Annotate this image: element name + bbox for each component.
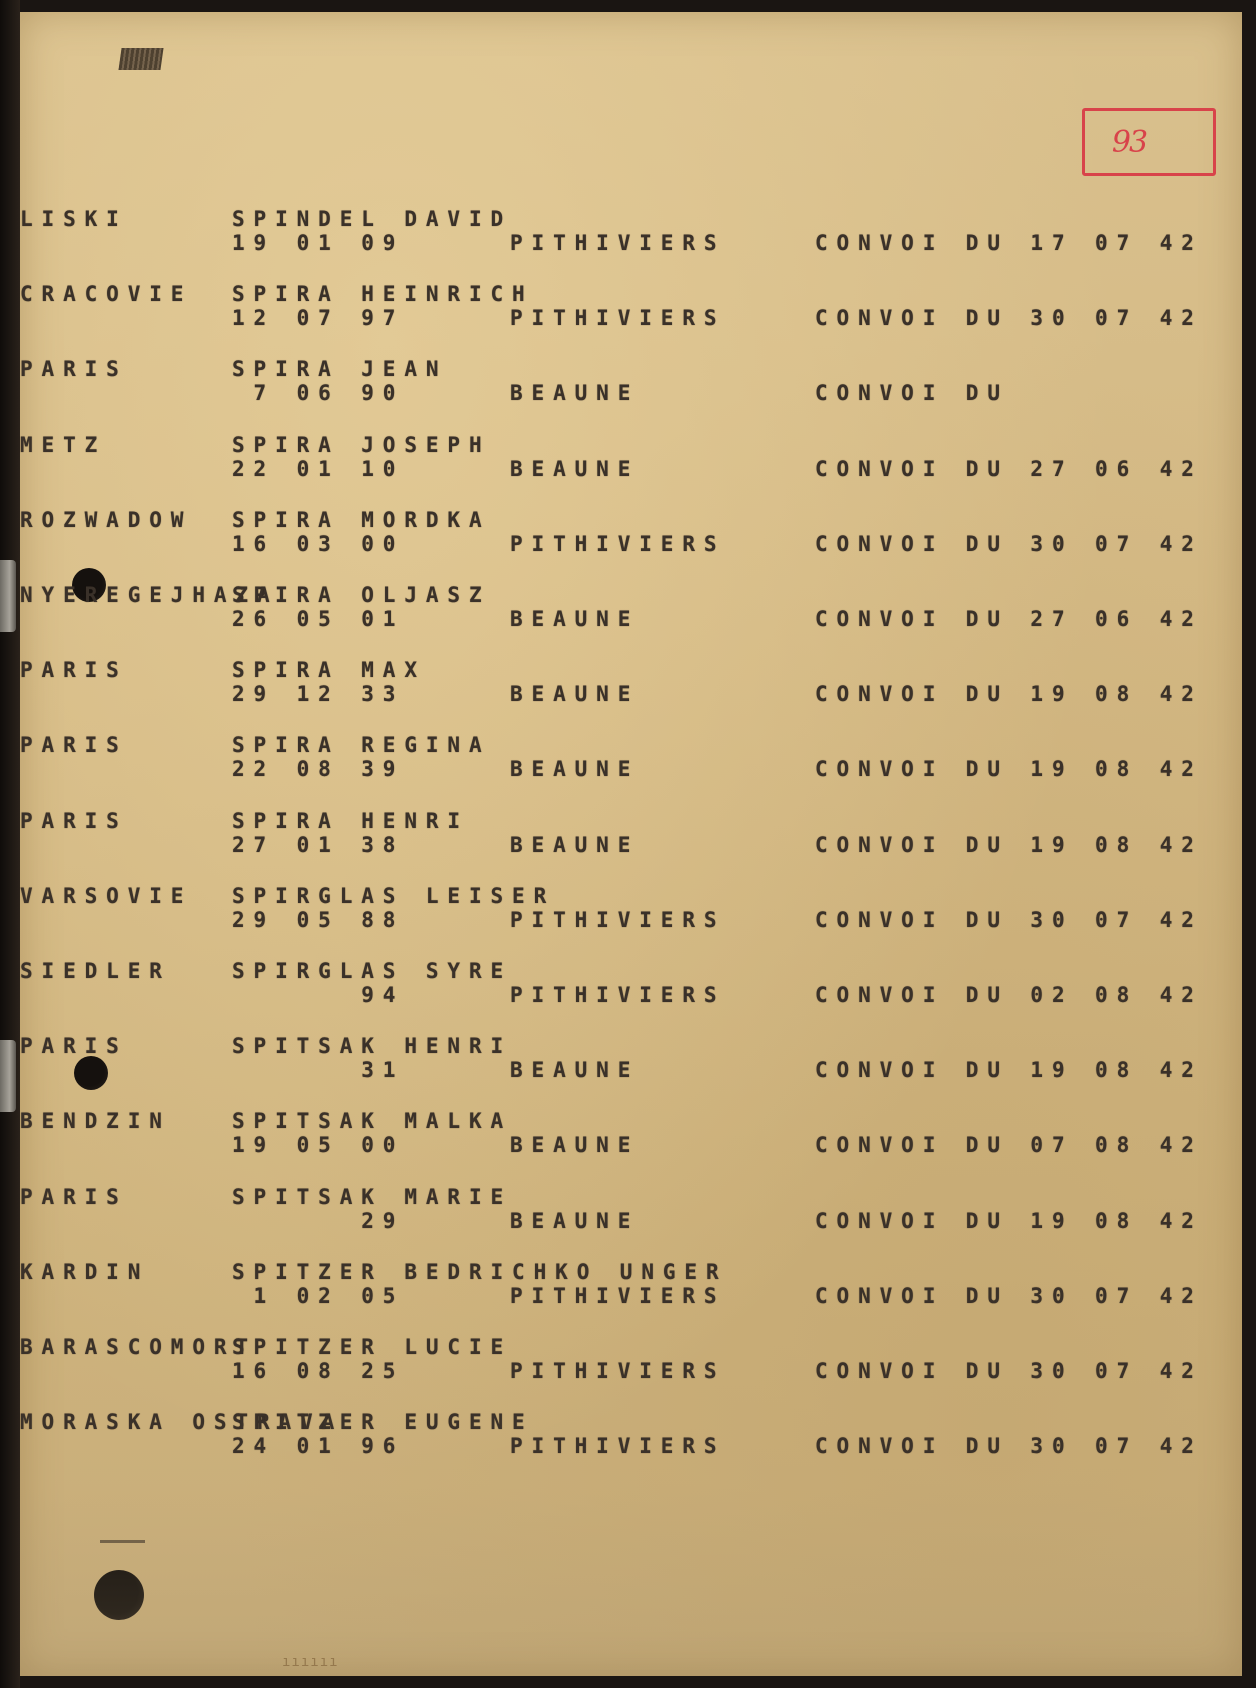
camp-name: BEAUNE [510, 757, 639, 781]
birth-date: 24 01 96 [232, 1434, 404, 1458]
binder-clip-top [0, 560, 16, 632]
convoy-info: CONVOI DU 30 07 42 [815, 1434, 1203, 1458]
birthplace: PARIS [20, 1034, 128, 1058]
birth-date: 29 [232, 1209, 404, 1233]
convoy-info: CONVOI DU 27 06 42 [815, 607, 1203, 631]
camp-name: BEAUNE [510, 1209, 639, 1233]
list-entry: SPIRA JOSEPH22 01 10BEAUNEMETZCONVOI DU … [20, 433, 1242, 503]
pencil-mark [100, 1540, 145, 1543]
camp-name: BEAUNE [510, 682, 639, 706]
birth-date: 29 05 88 [232, 908, 404, 932]
birthplace: NYEREGEJHAZA [20, 583, 279, 607]
camp-name: PITHIVIERS [510, 983, 725, 1007]
list-entry: SPIRA MORDKA16 03 00PITHIVIERSROZWADOWCO… [20, 508, 1242, 578]
punch-hole-3 [94, 1570, 144, 1620]
page-number-stamp: 93 [1082, 108, 1216, 176]
camp-name: PITHIVIERS [510, 532, 725, 556]
birthplace: LISKI [20, 207, 128, 231]
birthplace: METZ [20, 433, 106, 457]
list-entry: SPIRGLAS SYRE 94PITHIVIERSSIEDLERCONVOI … [20, 959, 1242, 1029]
birthplace: ROZWADOW [20, 508, 192, 532]
person-name: SPITZER LUCIE [232, 1335, 512, 1359]
camp-name: PITHIVIERS [510, 1284, 725, 1308]
list-entry: SPITZER BEDRICHKO UNGER 1 02 05PITHIVIER… [20, 1260, 1242, 1330]
birthplace: KARDIN [20, 1260, 149, 1284]
list-entry: SPITSAK MARIE 29BEAUNEPARISCONVOI DU 19 … [20, 1185, 1242, 1255]
birthplace: MORASKA OSTRAVA [20, 1410, 343, 1434]
birth-date: 7 06 90 [232, 381, 404, 405]
convoy-info: CONVOI DU 30 07 42 [815, 1359, 1203, 1383]
birth-date: 12 07 97 [232, 306, 404, 330]
convoy-info: CONVOI DU 07 08 42 [815, 1133, 1203, 1157]
convoy-info: CONVOI DU 27 06 42 [815, 457, 1203, 481]
person-name: SPIRA HEINRICH [232, 282, 534, 306]
list-entry: SPITSAK HENRI 31BEAUNEPARISCONVOI DU 19 … [20, 1034, 1242, 1104]
birth-date: 19 05 00 [232, 1133, 404, 1157]
list-entry: SPITZER EUGENE24 01 96PITHIVIERSMORASKA … [20, 1410, 1242, 1480]
list-entry: SPIRGLAS LEISER29 05 88PITHIVIERSVARSOVI… [20, 884, 1242, 954]
birthplace: BARASCOMORT [20, 1335, 257, 1359]
birthplace: PARIS [20, 733, 128, 757]
convoy-info: CONVOI DU 30 07 42 [815, 532, 1203, 556]
birth-date: 22 08 39 [232, 757, 404, 781]
convoy-info: CONVOI DU 17 07 42 [815, 231, 1203, 255]
person-name: SPIRA REGINA [232, 733, 491, 757]
camp-name: PITHIVIERS [510, 306, 725, 330]
list-entry: SPIRA REGINA22 08 39BEAUNEPARISCONVOI DU… [20, 733, 1242, 803]
birth-date: 27 01 38 [232, 833, 404, 857]
convoy-info: CONVOI DU 19 08 42 [815, 682, 1203, 706]
camp-name: BEAUNE [510, 1133, 639, 1157]
camp-name: BEAUNE [510, 607, 639, 631]
convoy-info: CONVOI DU 19 08 42 [815, 833, 1203, 857]
birth-date: 1 02 05 [232, 1284, 404, 1308]
person-name: SPITZER BEDRICHKO UNGER [232, 1260, 728, 1284]
person-name: SPIRA MORDKA [232, 508, 491, 532]
convoy-info: CONVOI DU 30 07 42 [815, 908, 1203, 932]
camp-name: PITHIVIERS [510, 1359, 725, 1383]
camp-name: PITHIVIERS [510, 908, 725, 932]
birth-date: 22 01 10 [232, 457, 404, 481]
birth-date: 31 [232, 1058, 404, 1082]
birth-date: 26 05 01 [232, 607, 404, 631]
list-entry: SPIRA JEAN 7 06 90BEAUNEPARISCONVOI DU [20, 357, 1242, 427]
birthplace: VARSOVIE [20, 884, 192, 908]
person-name: SPITSAK MARIE [232, 1185, 512, 1209]
birth-date: 19 01 09 [232, 231, 404, 255]
birthplace: PARIS [20, 357, 128, 381]
page-number: 93 [1112, 125, 1146, 160]
person-name: SPITSAK HENRI [232, 1034, 512, 1058]
person-name: SPINDEL DAVID [232, 207, 512, 231]
camp-name: BEAUNE [510, 457, 639, 481]
birthplace: PARIS [20, 1185, 128, 1209]
person-name: SPIRA JEAN [232, 357, 447, 381]
convoy-info: CONVOI DU 19 08 42 [815, 757, 1203, 781]
birth-date: 16 03 00 [232, 532, 404, 556]
camp-name: PITHIVIERS [510, 231, 725, 255]
person-name: SPIRA JOSEPH [232, 433, 491, 457]
birthplace: PARIS [20, 809, 128, 833]
document-page: 93 SPINDEL DAVID19 01 09PITHIVIERSLISKIC… [20, 12, 1242, 1676]
list-entry: SPINDEL DAVID19 01 09PITHIVIERSLISKICONV… [20, 207, 1242, 277]
list-entry: SPIRA MAX29 12 33BEAUNEPARISCONVOI DU 19… [20, 658, 1242, 728]
bottom-annotation: ıııııı [282, 1654, 339, 1670]
convoy-info: CONVOI DU 19 08 42 [815, 1058, 1203, 1082]
person-name: SPIRGLAS SYRE [232, 959, 512, 983]
birthplace: SIEDLER [20, 959, 171, 983]
convoy-info: CONVOI DU 30 07 42 [815, 1284, 1203, 1308]
binder-edge [0, 0, 20, 1688]
person-name: SPIRA MAX [232, 658, 426, 682]
camp-name: BEAUNE [510, 381, 639, 405]
list-entry: SPITSAK MALKA19 05 00BEAUNEBENDZINCONVOI… [20, 1109, 1242, 1179]
camp-name: BEAUNE [510, 833, 639, 857]
person-name: SPITSAK MALKA [232, 1109, 512, 1133]
binder-clip-bottom [0, 1040, 16, 1112]
person-name: SPIRGLAS LEISER [232, 884, 555, 908]
convoy-info: CONVOI DU 02 08 42 [815, 983, 1203, 1007]
ink-mark [118, 48, 163, 70]
convoy-info: CONVOI DU [815, 381, 1009, 405]
camp-name: PITHIVIERS [510, 1434, 725, 1458]
list-entry: SPIRA HENRI27 01 38BEAUNEPARISCONVOI DU … [20, 809, 1242, 879]
person-name: SPIRA HENRI [232, 809, 469, 833]
birth-date: 94 [232, 983, 404, 1007]
list-entry: SPIRA OLJASZ26 05 01BEAUNENYEREGEJHAZACO… [20, 583, 1242, 653]
list-entry: SPITZER LUCIE16 08 25PITHIVIERSBARASCOMO… [20, 1335, 1242, 1405]
birth-date: 29 12 33 [232, 682, 404, 706]
convoy-info: CONVOI DU 19 08 42 [815, 1209, 1203, 1233]
birth-date: 16 08 25 [232, 1359, 404, 1383]
birthplace: BENDZIN [20, 1109, 171, 1133]
birthplace: PARIS [20, 658, 128, 682]
birthplace: CRACOVIE [20, 282, 192, 306]
convoy-info: CONVOI DU 30 07 42 [815, 306, 1203, 330]
list-entry: SPIRA HEINRICH12 07 97PITHIVIERSCRACOVIE… [20, 282, 1242, 352]
camp-name: BEAUNE [510, 1058, 639, 1082]
